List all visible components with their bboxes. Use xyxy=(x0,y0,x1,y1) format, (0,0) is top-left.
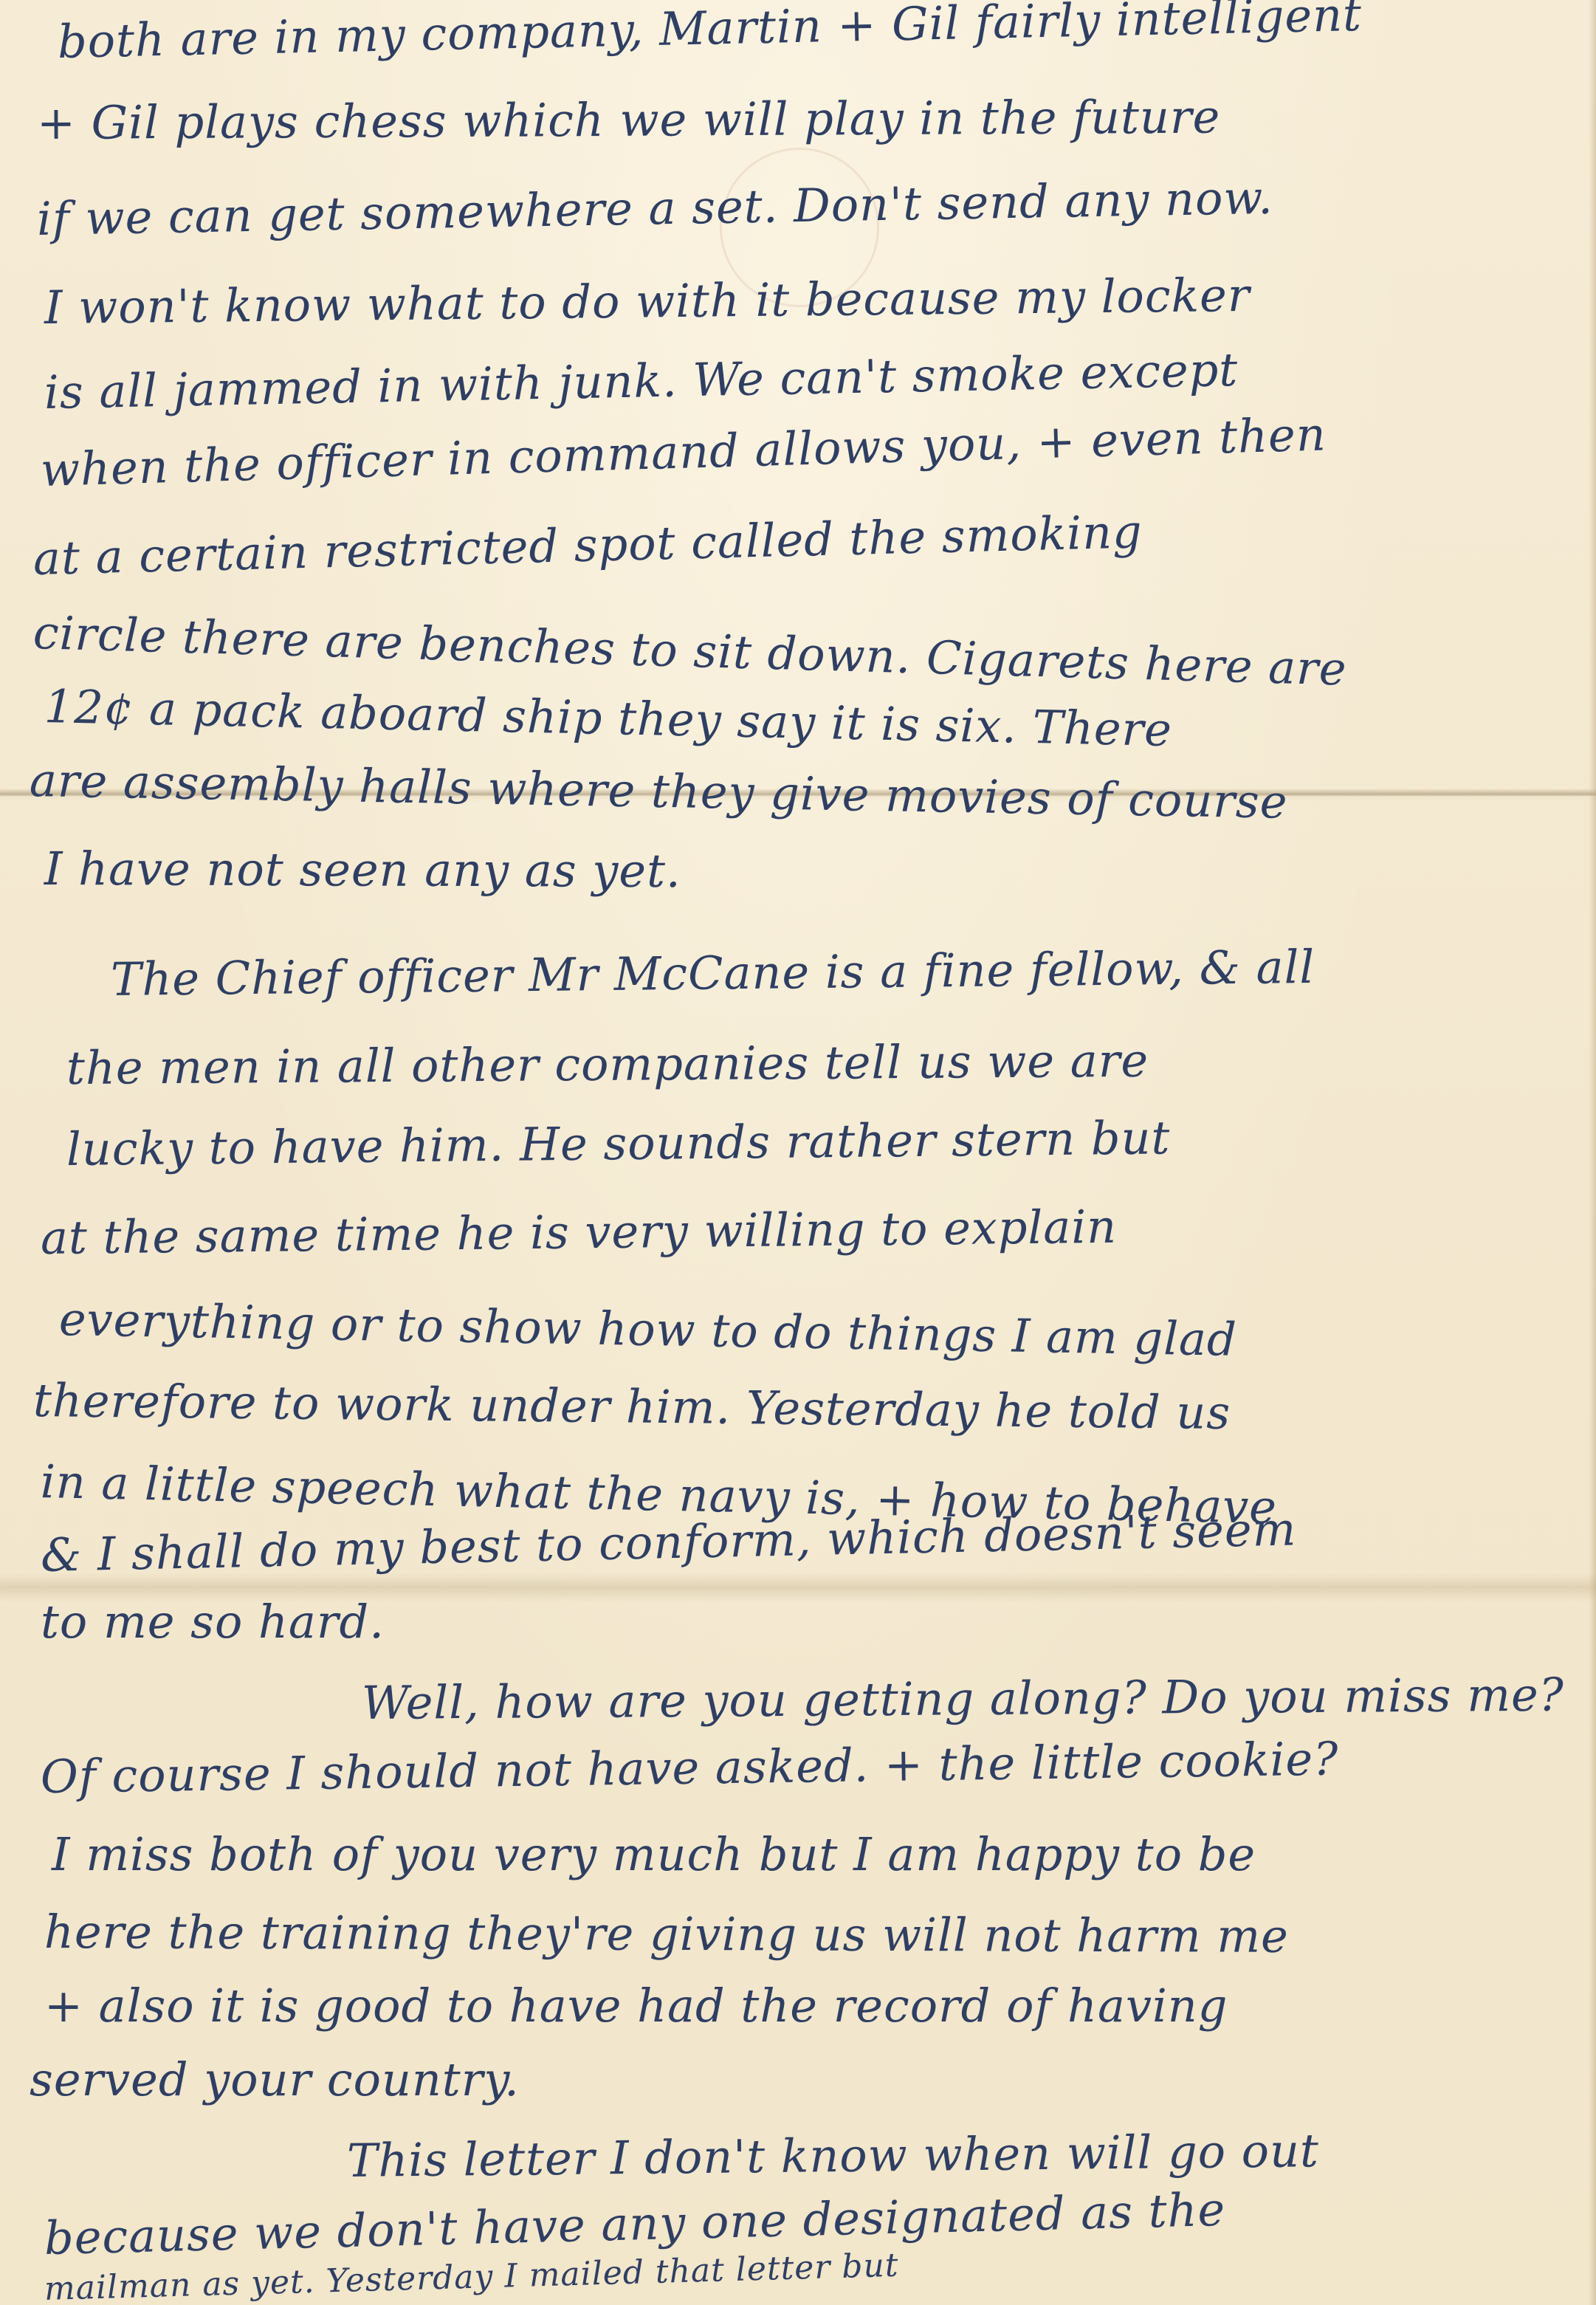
letter-line: at the same time he is very willing to e… xyxy=(41,1200,1118,1265)
letter-line: served your country. xyxy=(30,2052,520,2106)
letter-line: I have not seen any as yet. xyxy=(44,842,681,898)
letter-line: the men in all other companies tell us w… xyxy=(66,1034,1149,1095)
letter-line: Well, how are you getting along? Do you … xyxy=(362,1668,1564,1730)
letter-line: + Gil plays chess which we will play in … xyxy=(37,90,1221,150)
letter-line: to me so hard. xyxy=(41,1595,385,1649)
letter-line: lucky to have him. He sounds rather ster… xyxy=(66,1110,1171,1176)
letter-line: + also it is good to have had the record… xyxy=(44,1979,1228,2033)
letter-line: This letter I don't know when will go ou… xyxy=(347,2123,1320,2188)
paper-edge xyxy=(1589,0,1596,2305)
letter-line: here the training they're giving us will… xyxy=(44,1905,1289,1963)
letter-line: I miss both of you very much but I am ha… xyxy=(52,1827,1256,1881)
